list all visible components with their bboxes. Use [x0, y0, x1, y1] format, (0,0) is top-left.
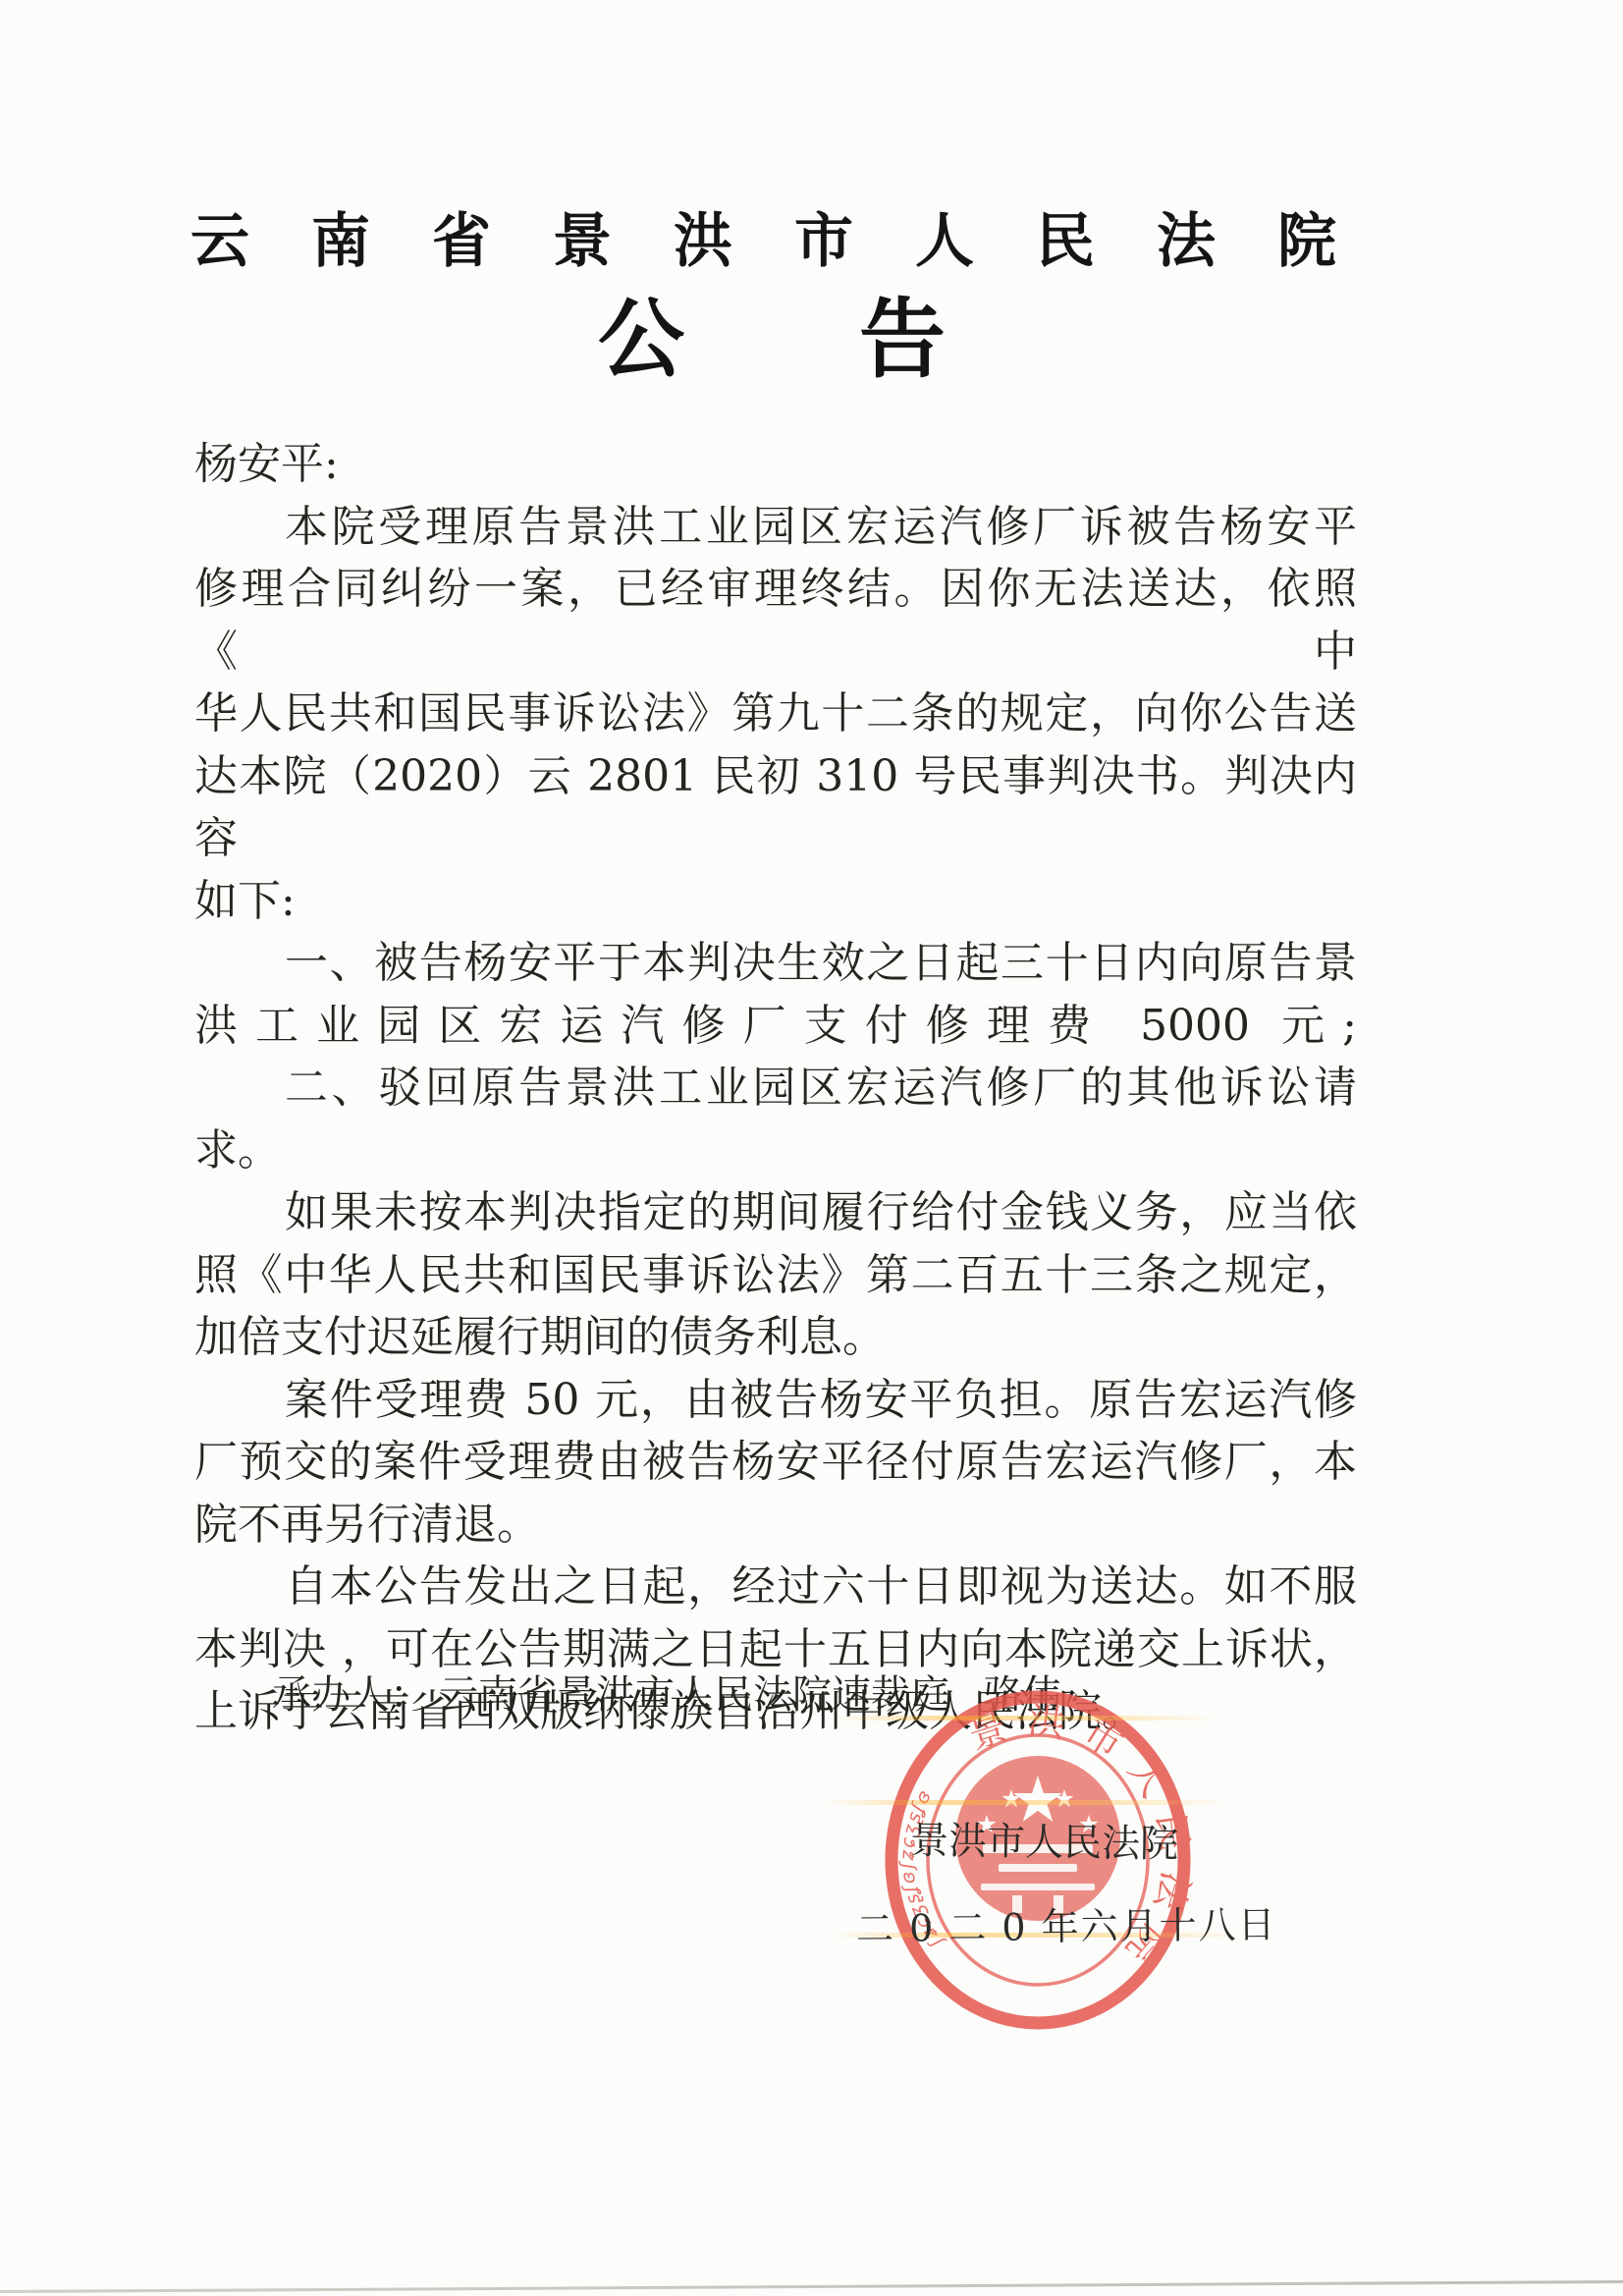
body-line: 照《中华人民共和国民事诉讼法》第二百五十三条之规定， [194, 1244, 1357, 1307]
body-line: 案件受理费 50 元，由被告杨安平负担。原告宏运汽修 [194, 1369, 1357, 1432]
body-line: 本院受理原告景洪工业园区宏运汽修厂诉被告杨安平 [194, 496, 1357, 559]
body-line: 自本公告发出之日起，经过六十日即视为送达。如不服 [194, 1556, 1357, 1618]
signature-court-name: 景洪市人民法院 [910, 1819, 1179, 1868]
body-line: 如下: [194, 870, 1357, 933]
scan-streak [835, 1716, 1217, 1721]
notice-body: 杨安平: 本院受理原告景洪工业园区宏运汽修厂诉被告杨安平 修理合同纠纷一案，已经… [194, 433, 1357, 1743]
handler-court: 云南省景洪市人民法院速裁庭 [439, 1672, 949, 1718]
signature-date: 二 0 二 0 年六月十八日 [856, 1901, 1277, 1952]
body-line: 修理合同纠纷一案，已经审理终结。因你无法送达，依照《中 [194, 558, 1357, 683]
body-line: 加倍支付迟延履行期间的债务利息。 [194, 1306, 1357, 1369]
body-line: 厂预交的案件受理费由被告杨安平径付原告宏运汽修厂，本 [194, 1431, 1357, 1494]
body-line: 华人民共和国民事诉讼法》第九十二条的规定，向你公告送 [194, 683, 1357, 745]
body-line: 洪工业园区宏运汽修厂支付修理费 5000 元; [194, 995, 1357, 1058]
body-line: 院不再另行清退。 [194, 1494, 1357, 1557]
page-title-court-name: 云南省景洪市人民法院 [190, 206, 1398, 277]
emblem-gate-slot [981, 1884, 1095, 1890]
body-line: 一、被告杨安平于本判决生效之日起三十日内向原告景 [194, 932, 1357, 995]
scan-edge-line [0, 2280, 1623, 2293]
body-line: 求。 [194, 1120, 1357, 1182]
salutation: 杨安平: [194, 433, 1357, 496]
scan-streak [825, 1800, 1227, 1805]
page-title-doc-type: 公告 [598, 289, 1120, 391]
body-line: 二、驳回原告景洪工业园区宏运汽修厂的其他诉讼请 [194, 1057, 1357, 1120]
court-notice-document: 云南省景洪市人民法院 公告 杨安平: 本院受理原告景洪工业园区宏运汽修厂诉被告杨… [0, 0, 1623, 2296]
handler-label: 承办人： [272, 1672, 429, 1718]
body-line: 达本院（2020）云 2801 民初 310 号民事判决书。判决内容 [194, 745, 1357, 870]
body-line: 如果未按本判决指定的期间履行给付金钱义务，应当依 [194, 1181, 1357, 1244]
